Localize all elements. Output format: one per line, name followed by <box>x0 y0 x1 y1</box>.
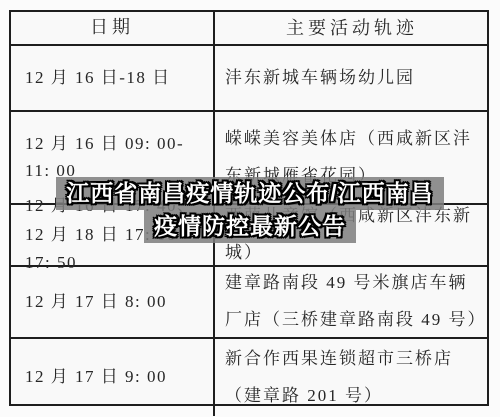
col-header-date: 日期 <box>11 12 215 46</box>
table-row-5-activity: 新合作西果连锁超市三桥店（建章路 201 号） <box>215 339 487 416</box>
table-row-3-date-lines: 12 月 16 日 17: 40、 12 月 18 日 17: 00-17: 5… <box>25 192 207 279</box>
table-row-1-activity: 沣东新城车辆场幼儿园 <box>215 46 487 112</box>
trajectory-table: 日期 主要活动轨迹 12 月 16 日-18 日 沣东新城车辆场幼儿园 12 月… <box>9 10 489 406</box>
table-row-3-date: 12 月 16 日 17: 40、 12 月 18 日 17: 00-17: 5… <box>11 205 215 267</box>
table-row-5-date: 12 月 17 日 9: 00 <box>11 339 215 416</box>
trajectory-photo: 日期 主要活动轨迹 12 月 16 日-18 日 沣东新城车辆场幼儿园 12 月… <box>0 0 500 417</box>
table-row-2-activity: 嵘嵘美容美体店（西咸新区沣东新城雁雀花园） <box>215 112 487 205</box>
table-row-1-date: 12 月 16 日-18 日 <box>11 46 215 112</box>
table-row-3-date-line1: 12 月 16 日 17: 40、 <box>25 192 207 221</box>
col-header-activity: 主要活动轨迹 <box>215 12 487 46</box>
table-row-4-activity: 建章路南段 49 号米旗店车辆厂店（三桥建章路南段 49 号） <box>215 267 487 339</box>
table-row-4-date: 12 月 17 日 8: 00 <box>11 267 215 339</box>
table-row-3-activity: 西萌儿童馆（西咸新区沣东新城） <box>215 205 487 267</box>
